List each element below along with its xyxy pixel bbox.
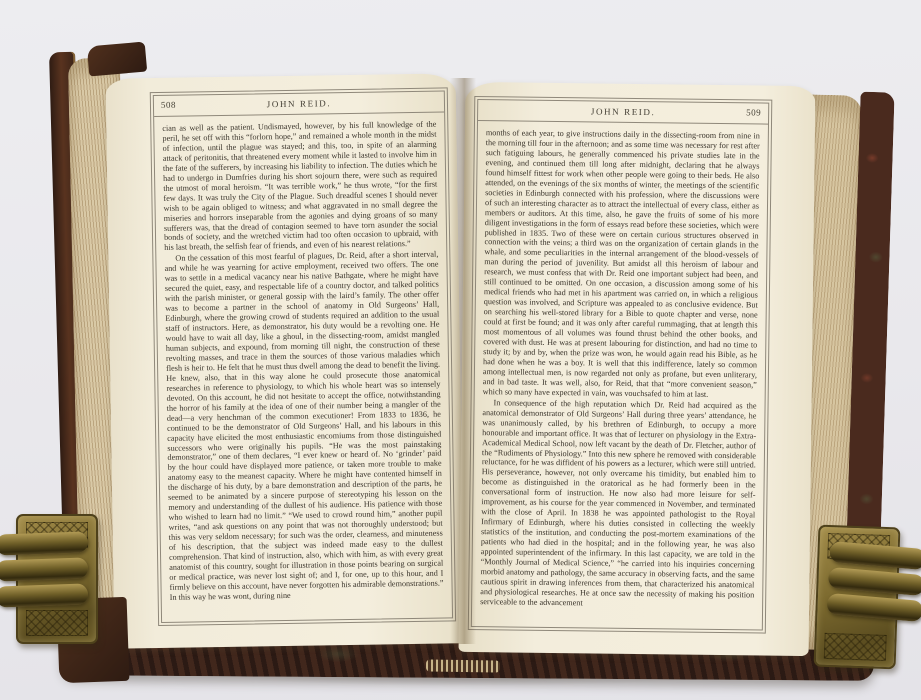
book-photograph: 508 JOHN REID. cian as well as the patie… xyxy=(0,0,921,700)
leather-corner-top-left xyxy=(87,42,147,77)
right-running-title: JOHN REID. xyxy=(591,106,656,117)
brass-clasp-right xyxy=(814,526,921,664)
paragraph: In consequence of the high reputation wh… xyxy=(480,398,757,610)
brass-clasp-left xyxy=(0,514,104,640)
paragraph: months of each year, to give instruction… xyxy=(483,128,760,400)
brass-clasp-right-grip xyxy=(826,538,921,639)
right-page-text: months of each year, to give instruction… xyxy=(472,121,768,630)
spine-headband xyxy=(426,659,500,672)
left-page-border-frame: 508 JOHN REID. cian as well as the patie… xyxy=(150,87,456,626)
paragraph: On the cessation of this most fearful of… xyxy=(164,250,443,603)
left-page: 508 JOHN REID. cian as well as the patie… xyxy=(106,73,465,648)
left-page-number: 508 xyxy=(161,100,176,110)
brass-clasp-left-grip xyxy=(0,528,88,624)
right-page-header: JOHN REID. 509 xyxy=(478,100,768,125)
left-running-title: JOHN REID. xyxy=(267,98,332,109)
right-page: JOHN REID. 509 months of each year, to g… xyxy=(459,82,816,656)
right-page-border-frame: JOHN REID. 509 months of each year, to g… xyxy=(468,96,773,634)
paragraph: cian as well as the patient. Undismayed,… xyxy=(162,120,438,254)
right-page-number: 509 xyxy=(746,107,761,117)
left-page-text: cian as well as the patient. Undismayed,… xyxy=(154,112,452,621)
page-gutter-shadow xyxy=(450,78,476,644)
